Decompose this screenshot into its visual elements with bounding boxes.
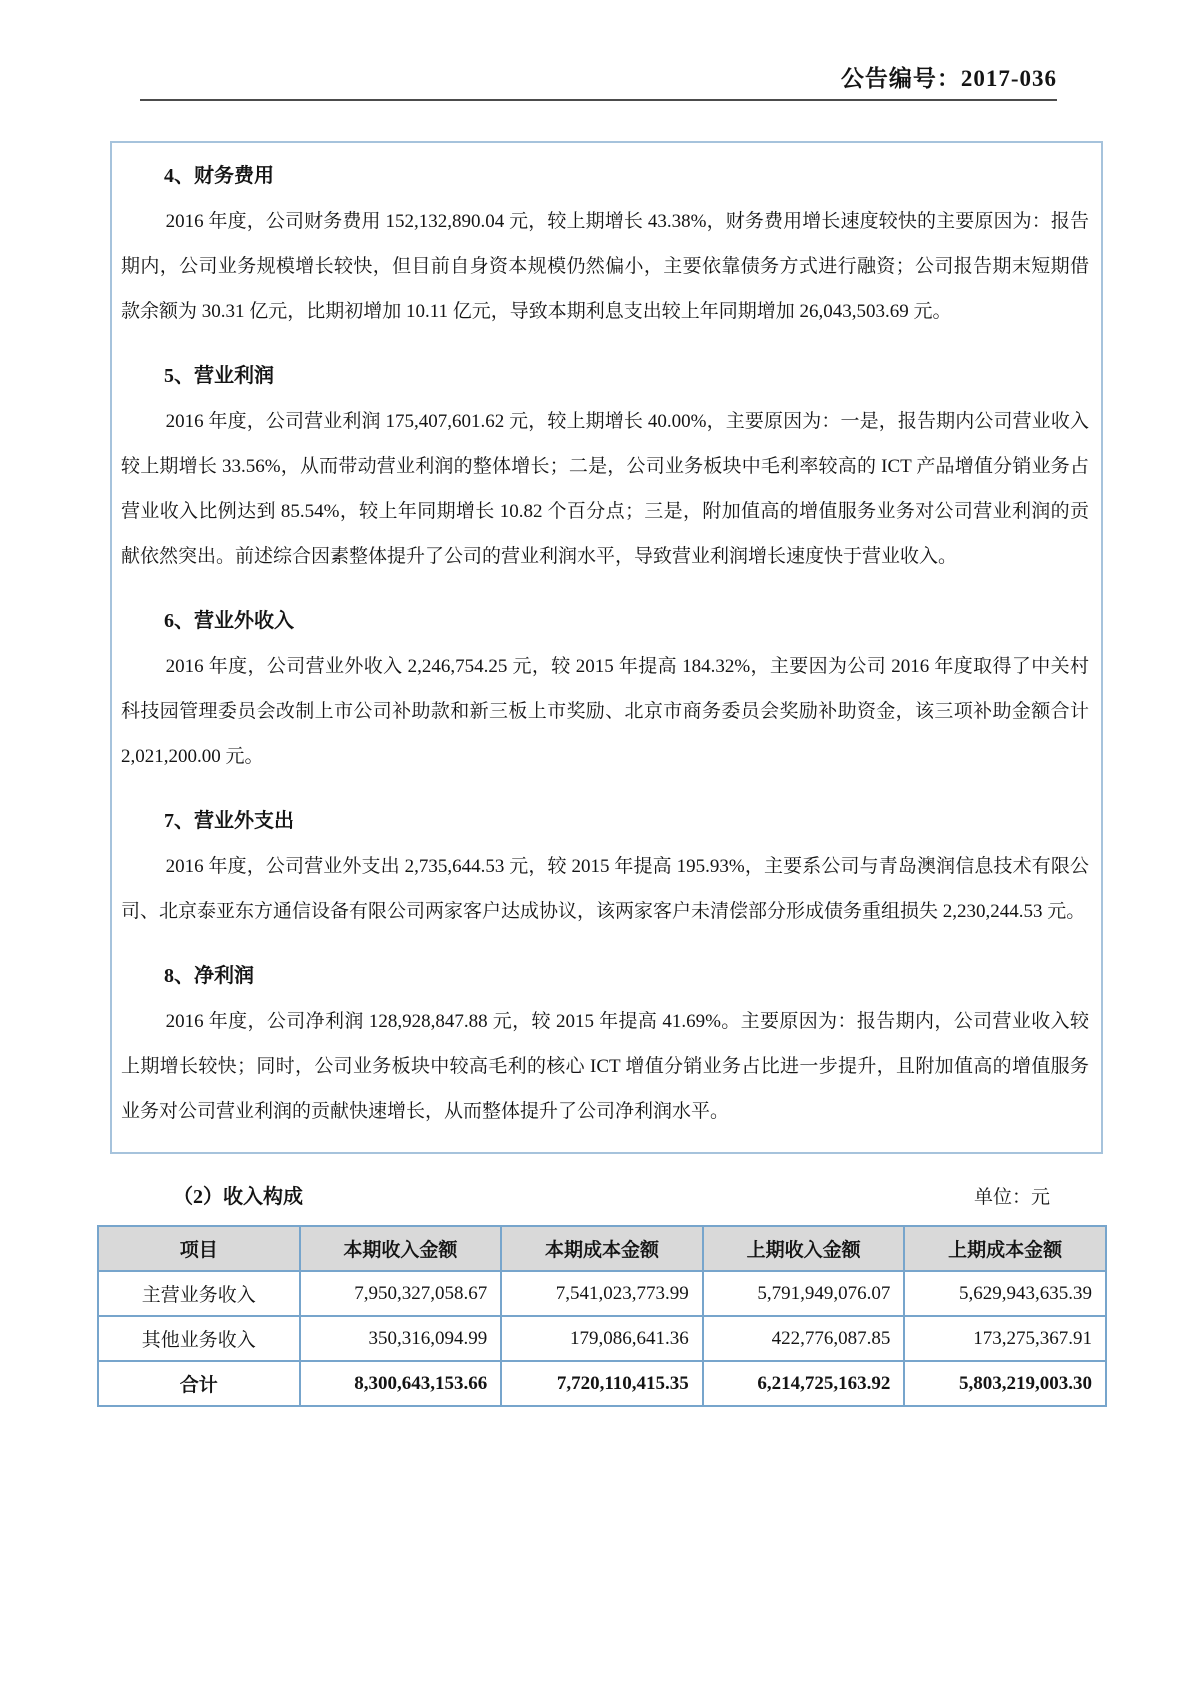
section-net-profit: 8、净利润 2016 年度，公司净利润 128,928,847.88 元，较 2… [121, 961, 1089, 1134]
cell-total-current-income: 8,300,643,153.66 [300, 1361, 502, 1406]
col-header-prior-cost: 上期成本金额 [904, 1226, 1106, 1271]
col-header-item: 项目 [98, 1226, 300, 1271]
cell-current-cost: 7,541,023,773.99 [501, 1271, 703, 1316]
table-total-row: 合计 8,300,643,153.66 7,720,110,415.35 6,2… [98, 1361, 1106, 1406]
section-heading-non-operating-expenses: 7、营业外支出 [164, 806, 1089, 836]
section-body-financial-expenses: 2016 年度，公司财务费用 152,132,890.04 元，较上期增长 43… [121, 199, 1089, 334]
section-heading-net-profit: 8、净利润 [164, 961, 1089, 991]
cell-item: 主营业务收入 [98, 1271, 300, 1316]
income-table: 项目 本期收入金额 本期成本金额 上期收入金额 上期成本金额 主营业务收入 7,… [97, 1225, 1107, 1407]
section-heading-financial-expenses: 4、财务费用 [164, 161, 1089, 191]
section-operating-profit: 5、营业利润 2016 年度，公司营业利润 175,407,601.62 元，较… [121, 361, 1089, 579]
table-header-row: 项目 本期收入金额 本期成本金额 上期收入金额 上期成本金额 [98, 1226, 1106, 1271]
section-heading-non-operating-income: 6、营业外收入 [164, 606, 1089, 636]
income-composition-header: （2）收入构成 单位：元 [173, 1180, 1050, 1209]
section-heading-operating-profit: 5、营业利润 [164, 361, 1089, 391]
unit-label: 单位：元 [974, 1182, 1050, 1209]
cell-item: 其他业务收入 [98, 1316, 300, 1361]
notice-number: 公告编号：2017-036 [140, 60, 1057, 93]
cell-total-current-cost: 7,720,110,415.35 [501, 1361, 703, 1406]
cell-prior-cost: 173,275,367.91 [904, 1316, 1106, 1361]
section-body-net-profit: 2016 年度，公司净利润 128,928,847.88 元，较 2015 年提… [121, 999, 1089, 1134]
content-box: 4、财务费用 2016 年度，公司财务费用 152,132,890.04 元，较… [110, 141, 1103, 1154]
document-header: 公告编号：2017-036 [140, 60, 1057, 101]
cell-prior-income: 422,776,087.85 [703, 1316, 905, 1361]
section-non-operating-expenses: 7、营业外支出 2016 年度，公司营业外支出 2,735,644.53 元，较… [121, 806, 1089, 934]
table-row-other-business: 其他业务收入 350,316,094.99 179,086,641.36 422… [98, 1316, 1106, 1361]
cell-prior-income: 5,791,949,076.07 [703, 1271, 905, 1316]
cell-current-income: 7,950,327,058.67 [300, 1271, 502, 1316]
section-body-operating-profit: 2016 年度，公司营业利润 175,407,601.62 元，较上期增长 40… [121, 399, 1089, 579]
col-header-current-cost: 本期成本金额 [501, 1226, 703, 1271]
cell-total-prior-income: 6,214,725,163.92 [703, 1361, 905, 1406]
section-financial-expenses: 4、财务费用 2016 年度，公司财务费用 152,132,890.04 元，较… [121, 161, 1089, 334]
cell-current-income: 350,316,094.99 [300, 1316, 502, 1361]
section-body-non-operating-income: 2016 年度，公司营业外收入 2,246,754.25 元，较 2015 年提… [121, 644, 1089, 779]
income-composition-title: （2）收入构成 [173, 1180, 303, 1209]
col-header-prior-income: 上期收入金额 [703, 1226, 905, 1271]
section-body-non-operating-expenses: 2016 年度，公司营业外支出 2,735,644.53 元，较 2015 年提… [121, 844, 1089, 934]
cell-prior-cost: 5,629,943,635.39 [904, 1271, 1106, 1316]
col-header-current-income: 本期收入金额 [300, 1226, 502, 1271]
section-non-operating-income: 6、营业外收入 2016 年度，公司营业外收入 2,246,754.25 元，较… [121, 606, 1089, 779]
table-row-main-business: 主营业务收入 7,950,327,058.67 7,541,023,773.99… [98, 1271, 1106, 1316]
cell-total-label: 合计 [98, 1361, 300, 1406]
cell-current-cost: 179,086,641.36 [501, 1316, 703, 1361]
cell-total-prior-cost: 5,803,219,003.30 [904, 1361, 1106, 1406]
